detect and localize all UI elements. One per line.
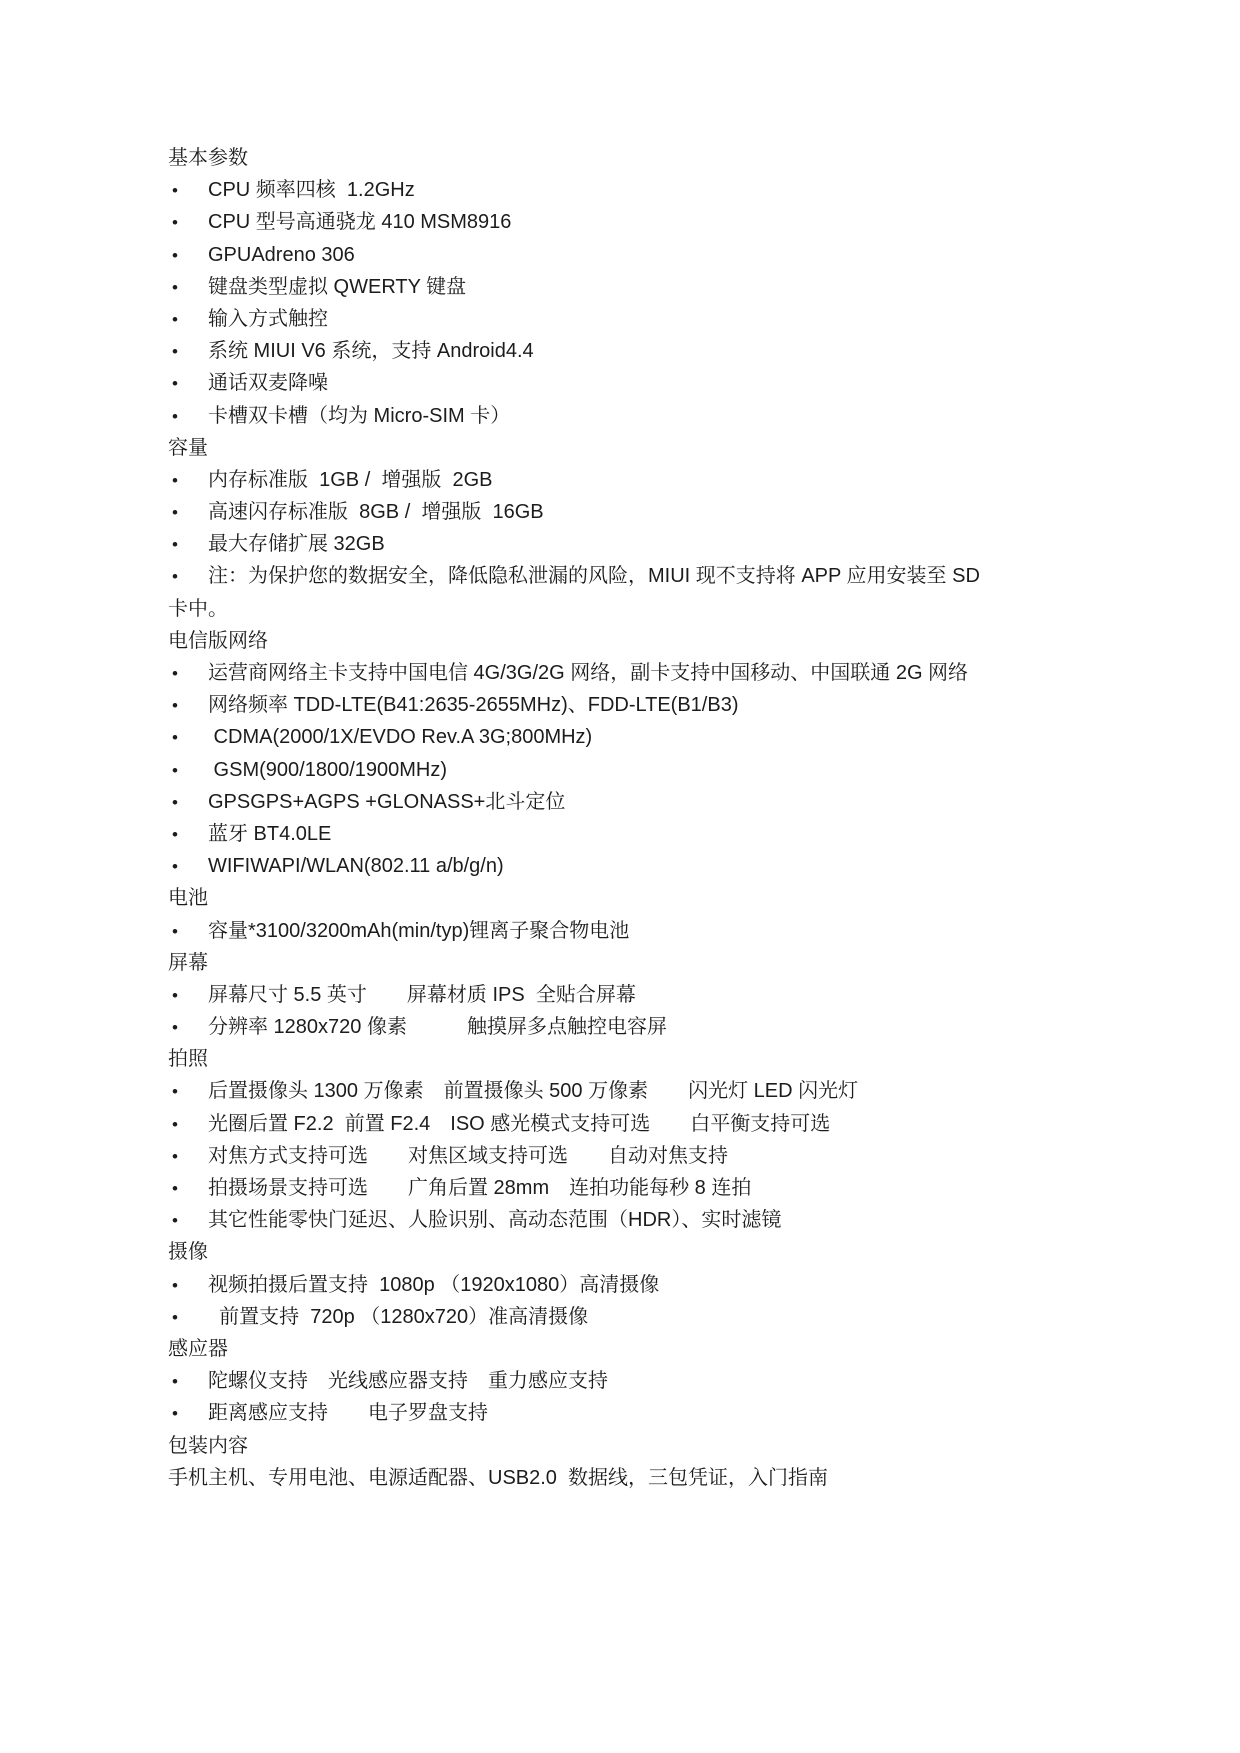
spec-item: •蓝牙 BT4.0LE (168, 818, 1088, 850)
spec-item: •输入方式触控 (168, 303, 1088, 335)
spec-item: •后置摄像头 1300 万像素 前置摄像头 500 万像素 闪光灯 LED 闪光… (168, 1075, 1088, 1107)
bullet-icon: • (168, 497, 208, 529)
section-heading: 容量 (168, 432, 1088, 464)
spec-line-text: GPUAdreno 306 (208, 244, 355, 266)
spec-line-text: 距离感应支持 电子罗盘支持 (208, 1402, 488, 1424)
spec-line-text: 卡槽双卡槽（均为 Micro-SIM 卡） (208, 405, 510, 427)
bullet-icon: • (168, 1109, 208, 1141)
bullet-icon: • (168, 980, 208, 1012)
spec-item: •CPU 频率四核 1.2GHz (168, 174, 1088, 206)
spec-line-text: WIFIWAPI/WLAN(802.11 a/b/g/n) (208, 855, 504, 877)
spec-line-text: 系统 MIUI V6 系统，支持 Android4.4 (208, 340, 534, 362)
spec-line-text: 键盘类型虚拟 QWERTY 键盘 (208, 276, 466, 298)
bullet-icon: • (168, 690, 208, 722)
spec-item: •网络频率 TDD-LTE(B41:2635-2655MHz)、FDD-LTE(… (168, 689, 1088, 721)
bullet-icon: • (168, 207, 208, 239)
spec-line-text: 视频拍摄后置支持 1080p （1920x1080）高清摄像 (208, 1274, 659, 1296)
section-heading: 包装内容 (168, 1430, 1088, 1462)
section-heading-label: 电信版网络 (168, 630, 268, 652)
spec-item: •视频拍摄后置支持 1080p （1920x1080）高清摄像 (168, 1269, 1088, 1301)
spec-line-text: 运营商网络主卡支持中国电信 4G/3G/2G 网络，副卡支持中国移动、中国联通 … (208, 662, 968, 684)
spec-item: •分辨率 1280x720 像素 触摸屏多点触控电容屏 (168, 1011, 1088, 1043)
section-heading: 感应器 (168, 1333, 1088, 1365)
spec-line-text: CPU 型号高通骁龙 410 MSM8916 (208, 211, 511, 233)
spec-line-text: CDMA(2000/1X/EVDO Rev.A 3G;800MHz) (208, 726, 592, 748)
spec-line-text: 注：为保护您的数据安全，降低隐私泄漏的风险，MIUI 现不支持将 APP 应用安… (208, 565, 980, 587)
spec-item: •高速闪存标准版 8GB / 增强版 16GB (168, 496, 1088, 528)
section-heading: 基本参数 (168, 142, 1088, 174)
spec-item: •运营商网络主卡支持中国电信 4G/3G/2G 网络，副卡支持中国移动、中国联通… (168, 657, 1088, 689)
bullet-icon: • (168, 819, 208, 851)
spec-line-text: 输入方式触控 (208, 308, 328, 330)
bullet-icon: • (168, 240, 208, 272)
section-heading: 电池 (168, 882, 1088, 914)
spec-line-text: 对焦方式支持可选 对焦区域支持可选 自动对焦支持 (208, 1145, 728, 1167)
spec-line-text: 网络频率 TDD-LTE(B41:2635-2655MHz)、FDD-LTE(B… (208, 694, 739, 716)
bullet-icon: • (168, 368, 208, 400)
spec-line-text: 最大存储扩展 32GB (208, 533, 385, 555)
bullet-icon: • (168, 787, 208, 819)
spec-list: 基本参数•CPU 频率四核 1.2GHz•CPU 型号高通骁龙 410 MSM8… (168, 142, 1088, 1494)
section-heading-label: 容量 (168, 437, 208, 459)
spec-item: •容量*3100/3200mAh(min/typ)锂离子聚合物电池 (168, 915, 1088, 947)
bullet-icon: • (168, 175, 208, 207)
spec-line-text: 分辨率 1280x720 像素 触摸屏多点触控电容屏 (208, 1016, 667, 1038)
bullet-icon: • (168, 465, 208, 497)
bullet-icon: • (168, 1205, 208, 1237)
spec-item: •对焦方式支持可选 对焦区域支持可选 自动对焦支持 (168, 1140, 1088, 1172)
spec-item: •陀螺仪支持 光线感应器支持 重力感应支持 (168, 1365, 1088, 1397)
spec-item: •内存标准版 1GB / 增强版 2GB (168, 464, 1088, 496)
section-heading: 摄像 (168, 1236, 1088, 1268)
bullet-icon: • (168, 851, 208, 883)
spec-line-text: CPU 频率四核 1.2GHz (208, 179, 415, 201)
bullet-icon: • (168, 1366, 208, 1398)
spec-line-text: 其它性能零快门延迟、人脸识别、高动态范围（HDR）、实时滤镜 (208, 1209, 781, 1231)
spec-item: •GPSGPS+AGPS +GLONASS+北斗定位 (168, 786, 1088, 818)
spec-line-text: 前置支持 720p （1280x720）准高清摄像 (208, 1306, 588, 1328)
spec-item: •通话双麦降噪 (168, 367, 1088, 399)
spec-item: • CDMA(2000/1X/EVDO Rev.A 3G;800MHz) (168, 721, 1088, 753)
spec-line-text: 光圈后置 F2.2 前置 F2.4 ISO 感光模式支持可选 白平衡支持可选 (208, 1113, 830, 1135)
document-page: 基本参数•CPU 频率四核 1.2GHz•CPU 型号高通骁龙 410 MSM8… (0, 0, 1240, 1753)
spec-line-text: 陀螺仪支持 光线感应器支持 重力感应支持 (208, 1370, 608, 1392)
spec-line-text: 拍摄场景支持可选 广角后置 28mm 连拍功能每秒 8 连拍 (208, 1177, 751, 1199)
spec-item: •屏幕尺寸 5.5 英寸 屏幕材质 IPS 全贴合屏幕 (168, 979, 1088, 1011)
section-heading-label: 包装内容 (168, 1435, 248, 1457)
spec-line-text: GSM(900/1800/1900MHz) (208, 759, 447, 781)
bullet-icon: • (168, 401, 208, 433)
spec-item: •系统 MIUI V6 系统，支持 Android4.4 (168, 335, 1088, 367)
spec-line-text: 后置摄像头 1300 万像素 前置摄像头 500 万像素 闪光灯 LED 闪光灯 (208, 1080, 858, 1102)
bullet-icon: • (168, 1302, 208, 1334)
spec-item: • GSM(900/1800/1900MHz) (168, 754, 1088, 786)
spec-item: •GPUAdreno 306 (168, 239, 1088, 271)
bullet-icon: • (168, 1398, 208, 1430)
spec-item: •其它性能零快门延迟、人脸识别、高动态范围（HDR）、实时滤镜 (168, 1204, 1088, 1236)
body-text-line: 卡中。 (168, 593, 1088, 625)
spec-line-text: GPSGPS+AGPS +GLONASS+北斗定位 (208, 791, 565, 813)
spec-line-text: 内存标准版 1GB / 增强版 2GB (208, 469, 493, 491)
spec-item: •最大存储扩展 32GB (168, 528, 1088, 560)
section-heading: 屏幕 (168, 947, 1088, 979)
bullet-icon: • (168, 304, 208, 336)
spec-line-text: 容量*3100/3200mAh(min/typ)锂离子聚合物电池 (208, 920, 629, 942)
section-heading: 拍照 (168, 1043, 1088, 1075)
bullet-icon: • (168, 755, 208, 787)
bullet-icon: • (168, 529, 208, 561)
bullet-icon: • (168, 658, 208, 690)
bullet-icon: • (168, 916, 208, 948)
section-heading-label: 基本参数 (168, 147, 248, 169)
spec-item: •卡槽双卡槽（均为 Micro-SIM 卡） (168, 400, 1088, 432)
section-heading-label: 拍照 (168, 1048, 208, 1070)
bullet-icon: • (168, 561, 208, 593)
bullet-icon: • (168, 1141, 208, 1173)
bullet-icon: • (168, 336, 208, 368)
section-heading-label: 摄像 (168, 1241, 208, 1263)
spec-item: •光圈后置 F2.2 前置 F2.4 ISO 感光模式支持可选 白平衡支持可选 (168, 1108, 1088, 1140)
spec-line-text: 通话双麦降噪 (208, 372, 328, 394)
bullet-icon: • (168, 1270, 208, 1302)
spec-line-text: 高速闪存标准版 8GB / 增强版 16GB (208, 501, 544, 523)
spec-item: • 前置支持 720p （1280x720）准高清摄像 (168, 1301, 1088, 1333)
bullet-icon: • (168, 272, 208, 304)
bullet-icon: • (168, 722, 208, 754)
section-heading-label: 电池 (168, 887, 208, 909)
section-heading-label: 屏幕 (168, 952, 208, 974)
bullet-icon: • (168, 1173, 208, 1205)
section-heading: 电信版网络 (168, 625, 1088, 657)
spec-item: •WIFIWAPI/WLAN(802.11 a/b/g/n) (168, 850, 1088, 882)
spec-item: •CPU 型号高通骁龙 410 MSM8916 (168, 206, 1088, 238)
spec-item: •拍摄场景支持可选 广角后置 28mm 连拍功能每秒 8 连拍 (168, 1172, 1088, 1204)
spec-item: •距离感应支持 电子罗盘支持 (168, 1397, 1088, 1429)
spec-line-text: 屏幕尺寸 5.5 英寸 屏幕材质 IPS 全贴合屏幕 (208, 984, 636, 1006)
spec-line-text: 蓝牙 BT4.0LE (208, 823, 331, 845)
section-heading-label: 感应器 (168, 1338, 228, 1360)
body-text-line: 手机主机、专用电池、电源适配器、USB2.0 数据线，三包凭证，入门指南 (168, 1462, 1088, 1494)
bullet-icon: • (168, 1012, 208, 1044)
spec-item: •注：为保护您的数据安全，降低隐私泄漏的风险，MIUI 现不支持将 APP 应用… (168, 560, 1088, 592)
spec-item: •键盘类型虚拟 QWERTY 键盘 (168, 271, 1088, 303)
spec-line-text: 卡中。 (168, 598, 228, 620)
bullet-icon: • (168, 1076, 208, 1108)
spec-line-text: 手机主机、专用电池、电源适配器、USB2.0 数据线，三包凭证，入门指南 (168, 1467, 828, 1489)
